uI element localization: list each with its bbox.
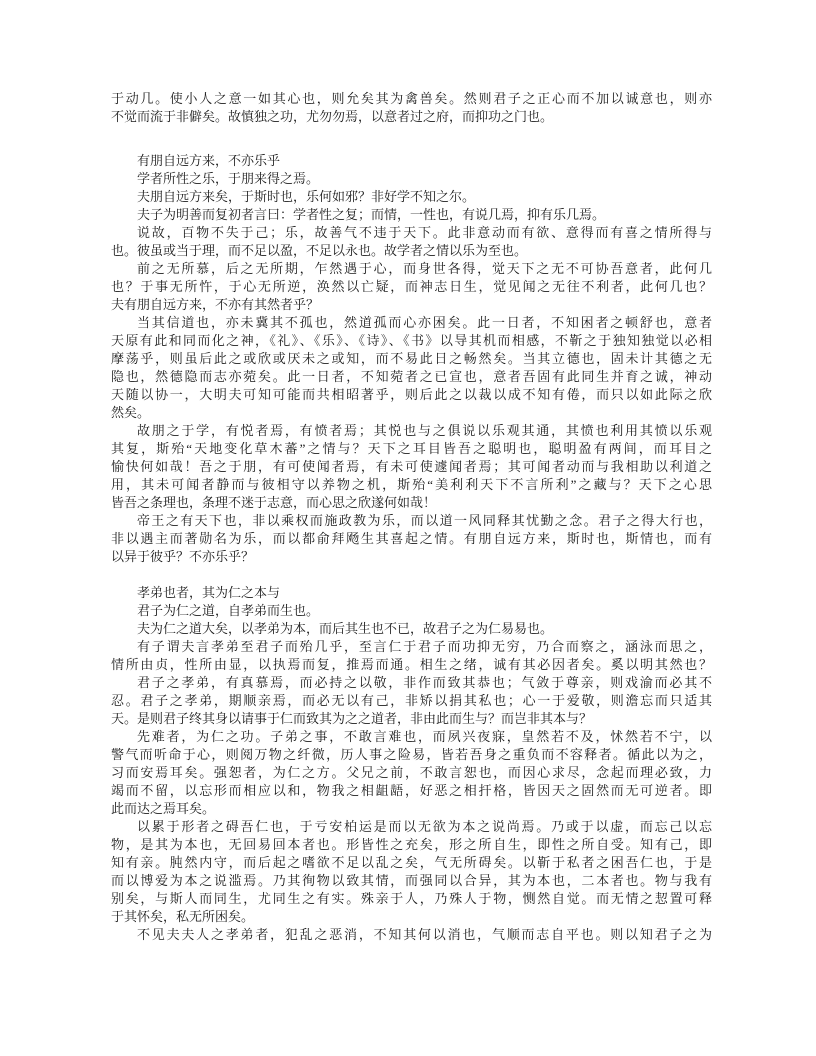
text-line: 于其怀矣，私无所困矣。 <box>111 908 712 926</box>
text-line: 君子之孝弟，有真慕焉，而必持之以敬，非作而致其恭也；气敛于尊亲，则戏渝而必其不 <box>111 674 712 692</box>
text-line: 愉快何如哉！吾之于朋，有可使闻者焉，有未可使遽闻者焉；其可闻者动而与我相助以利道… <box>111 458 712 476</box>
paragraph-gap <box>111 126 712 152</box>
text-line: 以累于形者之碍吾仁也，于亏安柏运是而以无欲为本之说尚焉。乃或于以虚，而忘己以忘 <box>111 818 712 836</box>
text-line: 非以遇主而著勋名为乐，而以都俞拜飏生其喜起之情。有朋自远方来，斯时也，斯情也，而… <box>111 530 712 548</box>
text-line: 夫有朋自远方来，不亦有其然者乎？ <box>111 296 712 314</box>
text-line: 以异于彼乎？不亦乐乎？ <box>111 548 712 566</box>
text-line: 情所由贞，性所由显，以执焉而复，推焉而通。相生之绪，诚有其必因者矣。奚以明其然也… <box>111 656 712 674</box>
text-line: 知有亲。肫然内守，而后起之嗜欲不足以乱之矣，气无所碍矣。以靳于私者之困吾仁也，于… <box>111 854 712 872</box>
text-line: 别矣，与斯人而同生，尤同生之有实。殊亲于人，乃殊人于物，恻然自觉。而无情之恝置可… <box>111 890 712 908</box>
text-line: 习而安焉耳矣。强恕者，为仁之方。父兄之前，不敢言恕也，而因心求尽，念起而理必致，… <box>111 764 712 782</box>
text-line: 皆吾之条理也，条理不迷于志意，而心思之欣遂何如哉！ <box>111 494 712 512</box>
text-line: 竭而不留，以忘形而相应以和，物我之相龃龉，好恶之相扞格，皆因天之固然而无可逆者。… <box>111 782 712 800</box>
text-block: 于动几。使小人之意一如其心也，则允矣其为禽兽矣。然则君子之正心而不加以诚意也，则… <box>111 90 712 944</box>
text-line: 天随以协一，大明夫可知可能而共相昭著乎，则后此之以裁以成不知有倦，而只以如此际之… <box>111 386 712 404</box>
passage-quote-heading: 孝弟也者，其为仁之本与 <box>111 584 712 602</box>
text-line: 警气而听命于心，则阅万物之纤微，历人事之险易，皆若吾身之重负而不容释者。循此以为… <box>111 746 712 764</box>
text-line: 物，是其为本也，无回易回本者也。形皆性之充矣，形之所自生，即性之所自受。知有己，… <box>111 836 712 854</box>
text-line: 此而达之焉耳矣。 <box>111 800 712 818</box>
text-line: 天。是则君子终其身以请事于仁而致其为之之道者，非由此而生与？而岂非其本与？ <box>111 710 712 728</box>
text-line: 隐也，然德隐而志亦菀矣。此一日者，不知菀者之已宣也，意者吾固有此同生并育之诚，神… <box>111 368 712 386</box>
text-line: 忍。君子之孝弟，期顺亲焉，而必无以有己，非矫以捐其私也；心一于爱敬，则澹忘而只适… <box>111 692 712 710</box>
document-page: 于动几。使小人之意一如其心也，则允矣其为禽兽矣。然则君子之正心而不加以诚意也，则… <box>0 0 816 1056</box>
text-line: 然矣。 <box>111 404 712 422</box>
text-line: 夫子为明善而复初者言曰：学者性之复；而情，一性也，有说几焉，抑有乐几焉。 <box>111 206 712 224</box>
text-line: 当其信道也，亦未冀其不孤也，然道孤而心亦困矣。此一日者，不知困者之顿舒也，意者 <box>111 314 712 332</box>
text-line: 有子谓夫言孝弟至君子而殆几乎，至言仁于君子而功抑无穷，乃合而察之，涵泳而思之， <box>111 638 712 656</box>
text-line: 也。彼虽或当于理，而不足以盈，不足以永也。故学者之情以乐为至也。 <box>111 242 712 260</box>
text-line: 说故，百物不失于己；乐，故善气不违于天下。此非意动而有欲、意得而有喜之情所得与 <box>111 224 712 242</box>
text-line: 不觉而流于非僻矣。故慎独之功，尤勿勿焉，以意者过之府，而抑功之门也。 <box>111 108 712 126</box>
passage-quote-heading: 有朋自远方来，不亦乐乎 <box>111 152 712 170</box>
text-line: 帝王之有天下也，非以乘权而施政教为乐，而以道一风同释其忧勤之念。君子之得大行也， <box>111 512 712 530</box>
text-line: 摩荡乎，则虽后此之或欣或厌未之或知，而不易此日之畅然矣。当其立德也，固未计其德之… <box>111 350 712 368</box>
text-line: 故朋之于学，有悦者焉，有愤者焉；其悦也与之俱说以乐观其通，其愤也利用其愤以乐观 <box>111 422 712 440</box>
text-line: 天原有此和同而化之神，《礼》、《乐》、《诗》、《书》以导其机而相感，不靳之于独知… <box>111 332 712 350</box>
text-line: 夫朋自远方来矣，于斯时也，乐何如邪？非好学不知之尔。 <box>111 188 712 206</box>
text-line: 夫为仁之道大矣，以孝弟为本，而后其生也不已，故君子之为仁易易也。 <box>111 620 712 638</box>
text-line: 不见夫夫人之孝弟者，犯乱之恶消，不知其何以消也，气顺而志自平也。则以知君子之为 <box>111 926 712 944</box>
text-line: 前之无所慕，后之无所期，乍然遇于心，而身世各得，觉天下之无不可协吾意者，此何几 <box>111 260 712 278</box>
text-line: 而以博爱为本之说滥焉。乃其徇物以致其情，而强同以合异，其为本也，二本者也。物与我… <box>111 872 712 890</box>
text-line: 也？于事无所忤，于心无所逆，涣然以亡疑，而神志日生，觉见闻之无往不利者，此何几也… <box>111 278 712 296</box>
text-line: 学者所性之乐，于朋来得之焉。 <box>111 170 712 188</box>
paragraph-gap <box>111 566 712 584</box>
text-line: 先难者，为仁之功。子弟之事，不敢言难也，而夙兴夜寐，皇然若不及，怵然若不宁，以 <box>111 728 712 746</box>
text-line: 于动几。使小人之意一如其心也，则允矣其为禽兽矣。然则君子之正心而不加以诚意也，则… <box>111 90 712 108</box>
text-line: 君子为仁之道，自孝弟而生也。 <box>111 602 712 620</box>
text-line: 用，其未可闻者静而与彼相守以养物之机，斯殆“美利利天下不言所利”之藏与？天下之心… <box>111 476 712 494</box>
text-line: 其复，斯殆“天地变化草木蕃”之情与？天下之耳目皆吾之聪明也，聪明盈有两间，而耳目… <box>111 440 712 458</box>
